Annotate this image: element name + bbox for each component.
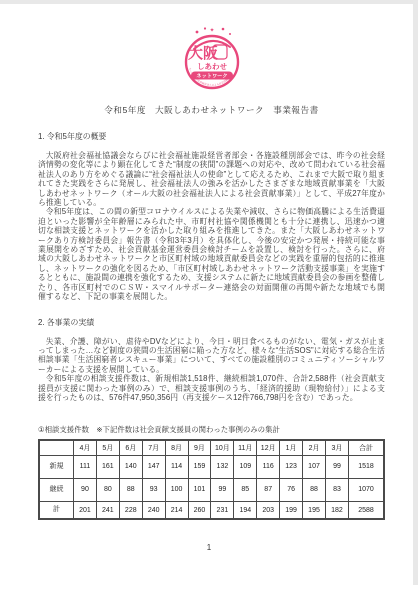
support-table-header-row: 4月5月6月7月8月9月10月11月12月1月2月3月合計 [39, 440, 384, 455]
page-edge-top [0, 0, 418, 4]
value-cell: 76 [280, 478, 303, 501]
value-cell: 114 [165, 455, 188, 478]
value-cell: 1070 [349, 478, 385, 501]
section-1-heading: 1. 令和5年度の概要 [38, 131, 385, 142]
table-row: 計201241228240214260231194203199195182258… [39, 501, 384, 519]
month-header-cell: 7月 [142, 440, 165, 455]
value-cell: 214 [165, 501, 188, 519]
value-cell: 111 [74, 455, 97, 478]
table-caption: ①相談支援件数 ※下記件数は社会貢献支援員の関わった事例のみの集計 [38, 424, 385, 435]
month-header-cell: 9月 [188, 440, 211, 455]
value-cell: 159 [188, 455, 211, 478]
logo-network-text: ネットワーク [196, 72, 227, 80]
section-2-heading: 2. 各事業の実績 [38, 317, 385, 328]
month-header-cell: 5月 [96, 440, 119, 455]
svg-text:✦: ✦ [209, 27, 214, 34]
logo: ✦ 大阪 しあわせ ネットワーク オール大阪の社会福祉法人による社会貢献事業 [38, 25, 385, 91]
value-cell: 99 [325, 455, 348, 478]
value-cell: 90 [74, 478, 97, 501]
value-cell: 231 [211, 501, 234, 519]
value-cell: 240 [142, 501, 165, 519]
month-header-cell: 8月 [165, 440, 188, 455]
month-header-cell: 4月 [74, 440, 97, 455]
section-2-paragraph-1: 失業、介護、障がい、虐待やDVなどにより、今日・明日食べるものがない、電気・ガス… [38, 337, 385, 375]
value-cell: 203 [257, 501, 280, 519]
value-cell: 107 [303, 455, 326, 478]
page-content: ✦ 大阪 しあわせ ネットワーク オール大阪の社会福祉法人による社会貢献事業 令… [38, 20, 385, 520]
value-cell: 182 [325, 501, 348, 519]
value-cell: 195 [303, 501, 326, 519]
support-table: 4月5月6月7月8月9月10月11月12月1月2月3月合計 新規11116114… [38, 439, 385, 520]
value-cell: 241 [96, 501, 119, 519]
month-header-cell: 12月 [257, 440, 280, 455]
row-label: 継続 [39, 478, 74, 501]
month-header-cell: 10月 [211, 440, 234, 455]
value-cell: 116 [257, 455, 280, 478]
section-2-paragraph-2: 令和5年度の相談支援件数は、新規相談1,518件、継続相談1,070件、合計2,… [38, 374, 385, 402]
value-cell: 147 [142, 455, 165, 478]
value-cell: 260 [188, 501, 211, 519]
value-cell: 80 [96, 478, 119, 501]
support-table-body: 新規11116114014711415913210911612310799151… [39, 455, 384, 519]
section-1-paragraph-1: 大阪府社会福祉協議会ならびに社会福祉施設経営者部会・各施設種別部会では、昨今の社… [38, 151, 385, 207]
table-row: 新規11116114014711415913210911612310799151… [39, 455, 384, 478]
value-cell: 228 [119, 501, 142, 519]
month-header-cell: 2月 [303, 440, 326, 455]
page-number: 1 [0, 543, 418, 552]
month-header-cell: 6月 [119, 440, 142, 455]
value-cell: 123 [280, 455, 303, 478]
value-cell: 194 [234, 501, 257, 519]
value-cell: 1518 [349, 455, 385, 478]
value-cell: 140 [119, 455, 142, 478]
month-header-cell: 11月 [234, 440, 257, 455]
row-label: 新規 [39, 455, 74, 478]
sparkle-icon: ✦ [195, 27, 230, 35]
logo-shiawase-text: しあわせ [197, 61, 227, 71]
page-edge-right [413, 0, 418, 585]
value-cell: 101 [188, 478, 211, 501]
osaka-shiawase-network-logo-icon: ✦ 大阪 しあわせ ネットワーク オール大阪の社会福祉法人による社会貢献事業 [179, 25, 245, 91]
total-header-cell: 合計 [349, 440, 385, 455]
value-cell: 109 [234, 455, 257, 478]
page-title: 令和5年度 大阪しあわせネットワーク 事業報告書 [38, 104, 385, 116]
month-header-cell: 1月 [280, 440, 303, 455]
value-cell: 85 [234, 478, 257, 501]
section-1-paragraph-2: 令和5年度は、この間の新型コロナウイルスによる失業や減収、さらに物価高騰による生… [38, 207, 385, 301]
value-cell: 161 [96, 455, 119, 478]
row-label: 計 [39, 501, 74, 519]
corner-cell [39, 440, 74, 455]
value-cell: 93 [142, 478, 165, 501]
month-header-cell: 3月 [325, 440, 348, 455]
value-cell: 99 [211, 478, 234, 501]
table-row: 継続908088931001019985877688831070 [39, 478, 384, 501]
value-cell: 132 [211, 455, 234, 478]
value-cell: 88 [303, 478, 326, 501]
value-cell: 201 [74, 501, 97, 519]
value-cell: 83 [325, 478, 348, 501]
value-cell: 199 [280, 501, 303, 519]
value-cell: 87 [257, 478, 280, 501]
value-cell: 88 [119, 478, 142, 501]
value-cell: 2588 [349, 501, 385, 519]
value-cell: 100 [165, 478, 188, 501]
